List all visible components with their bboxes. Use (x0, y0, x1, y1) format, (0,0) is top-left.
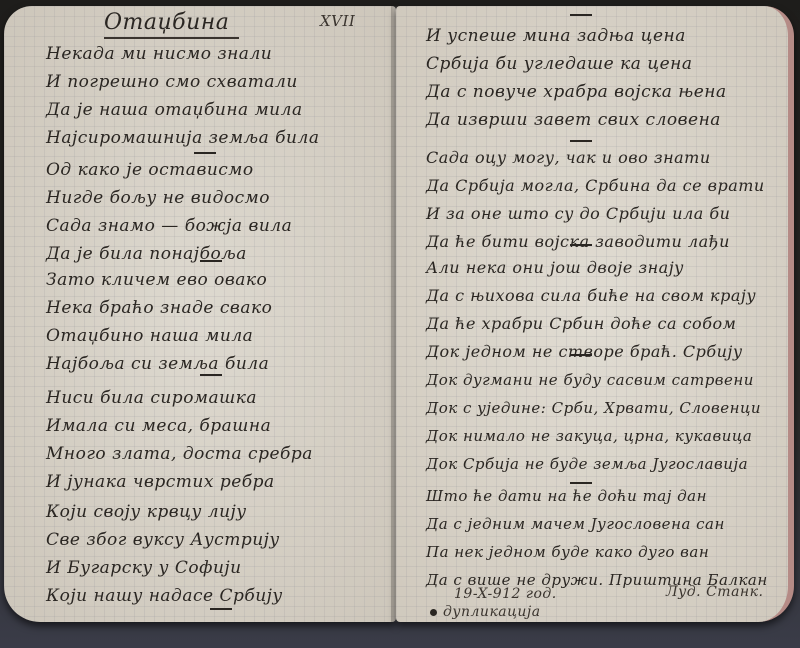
stanza-divider (194, 152, 216, 154)
poem-line: Док Србија не буде земља Југославија (426, 450, 761, 478)
poem-line: Све због вуксу Аустрију (46, 526, 283, 554)
poem-line: Да је наша отаџбина мила (46, 96, 319, 124)
poem-line: Али нека они још двоје знају (426, 254, 756, 282)
poem-line: Док једном не створе браћ. Србију (426, 338, 756, 366)
entry-date: 19-X-912 год. (454, 586, 557, 602)
stanza: Што ће дати на ће доћи тај дан Да с једн… (426, 482, 768, 594)
poem-line: Сада знамо — божја вила (46, 212, 292, 240)
stanza: Зато кличем ево овако Нека браћо знаде с… (46, 266, 272, 378)
poem-line: Да Србија могла, Србина да се врати (426, 172, 765, 200)
poem-line: Србија би угледаше ка цена (426, 50, 727, 78)
poem-line: Док с ујединe: Срби, Хрвати, Словенци (426, 394, 761, 422)
stanza-divider (570, 354, 592, 356)
stanza: И успеше мина задња цена Србија би углед… (426, 22, 727, 134)
entry-place: дупликација (430, 604, 541, 620)
poem-line: Да ће бити војска заводити лађи (426, 228, 765, 256)
poem-line: Да је била понајбоља (46, 240, 292, 268)
poem-line: Сада оцу могу, чак и ово знати (426, 144, 765, 172)
stanza: Некада ми нисмо знали И погрешно смо схв… (46, 40, 319, 152)
poem-line: Најсиромашнија земља била (46, 124, 319, 152)
stanza: Ниси била сиромашка Имала си меса, брашн… (46, 384, 313, 496)
poem-line: Што ће дати на ће доћи тај дан (426, 482, 768, 510)
poem-line: Много злата, доста сребра (46, 440, 313, 468)
stanza-divider (570, 140, 592, 142)
poem-line: Зато кличем ево овако (46, 266, 272, 294)
poem-line: Имала си меса, брашна (46, 412, 313, 440)
poem-line: Док нимало не закуца, црна, кукавица (426, 422, 761, 450)
stanza-divider (210, 608, 232, 610)
poem-line: Ниси била сиромашка (46, 384, 313, 412)
stanza: Сада оцу могу, чак и ово знати Да Србија… (426, 144, 765, 256)
stanza-divider (570, 244, 592, 246)
poem-line: Нека браћо знаде свако (46, 294, 272, 322)
poem-line: И успеше мина задња цена (426, 22, 727, 50)
stanza: Који своју крвцу лију Све због вуксу Аус… (46, 498, 283, 610)
poem-line: Да с једним мачем Југословена сан (426, 510, 768, 538)
signature: Луд. Станк. (666, 584, 763, 600)
poem-line: Нигде бољу не видосмо (46, 184, 292, 212)
stanza: Али нека они још двоје знају Да с њихова… (426, 254, 756, 366)
stanza-divider (200, 374, 222, 376)
poem-line: Док дугмани не буду сасвим сатрвени (426, 366, 761, 394)
poem-line: Да изврши завет свих словена (426, 106, 727, 134)
chapter-numeral: XVII (320, 12, 355, 30)
poem-title: Отаџбина (104, 10, 239, 39)
poem-line: Од како је остависмо (46, 156, 292, 184)
stanza-divider (570, 14, 592, 16)
left-page: Отаџбина XVII Некада ми нисмо знали И по… (4, 6, 396, 622)
stanza-divider (200, 260, 222, 262)
poem-line: Да с повуче храбра војска њена (426, 78, 727, 106)
ink-blot-icon (430, 609, 437, 616)
poem-line: И Бугарску у Софији (46, 554, 283, 582)
poem-line: Који нашу надасе Србију (46, 582, 283, 610)
stanza: Од како је остависмо Нигде бољу не видос… (46, 156, 292, 268)
poem-line: И јунака чврстих ребра (46, 468, 313, 496)
poem-line: Да ће храбри Србин доће са собом (426, 310, 756, 338)
poem-line: Некада ми нисмо знали (46, 40, 319, 68)
stanza: Док дугмани не буду сасвим сатрвени Док … (426, 366, 761, 478)
poem-line: Најбоља си земља била (46, 350, 272, 378)
poem-line: Да с њихова сила биће на свом крају (426, 282, 756, 310)
poem-line: И погрешно смо схватали (46, 68, 319, 96)
poem-line: Отаџбино наша мила (46, 322, 272, 350)
poem-line: И за оне што су до Србији ила би (426, 200, 765, 228)
place-text: дупликација (443, 604, 541, 620)
poem-line: Који своју крвцу лију (46, 498, 283, 526)
poem-line: Па нек једном буде како дуго ван (426, 538, 768, 566)
right-page: И успеше мина задња цена Србија би углед… (396, 6, 794, 622)
